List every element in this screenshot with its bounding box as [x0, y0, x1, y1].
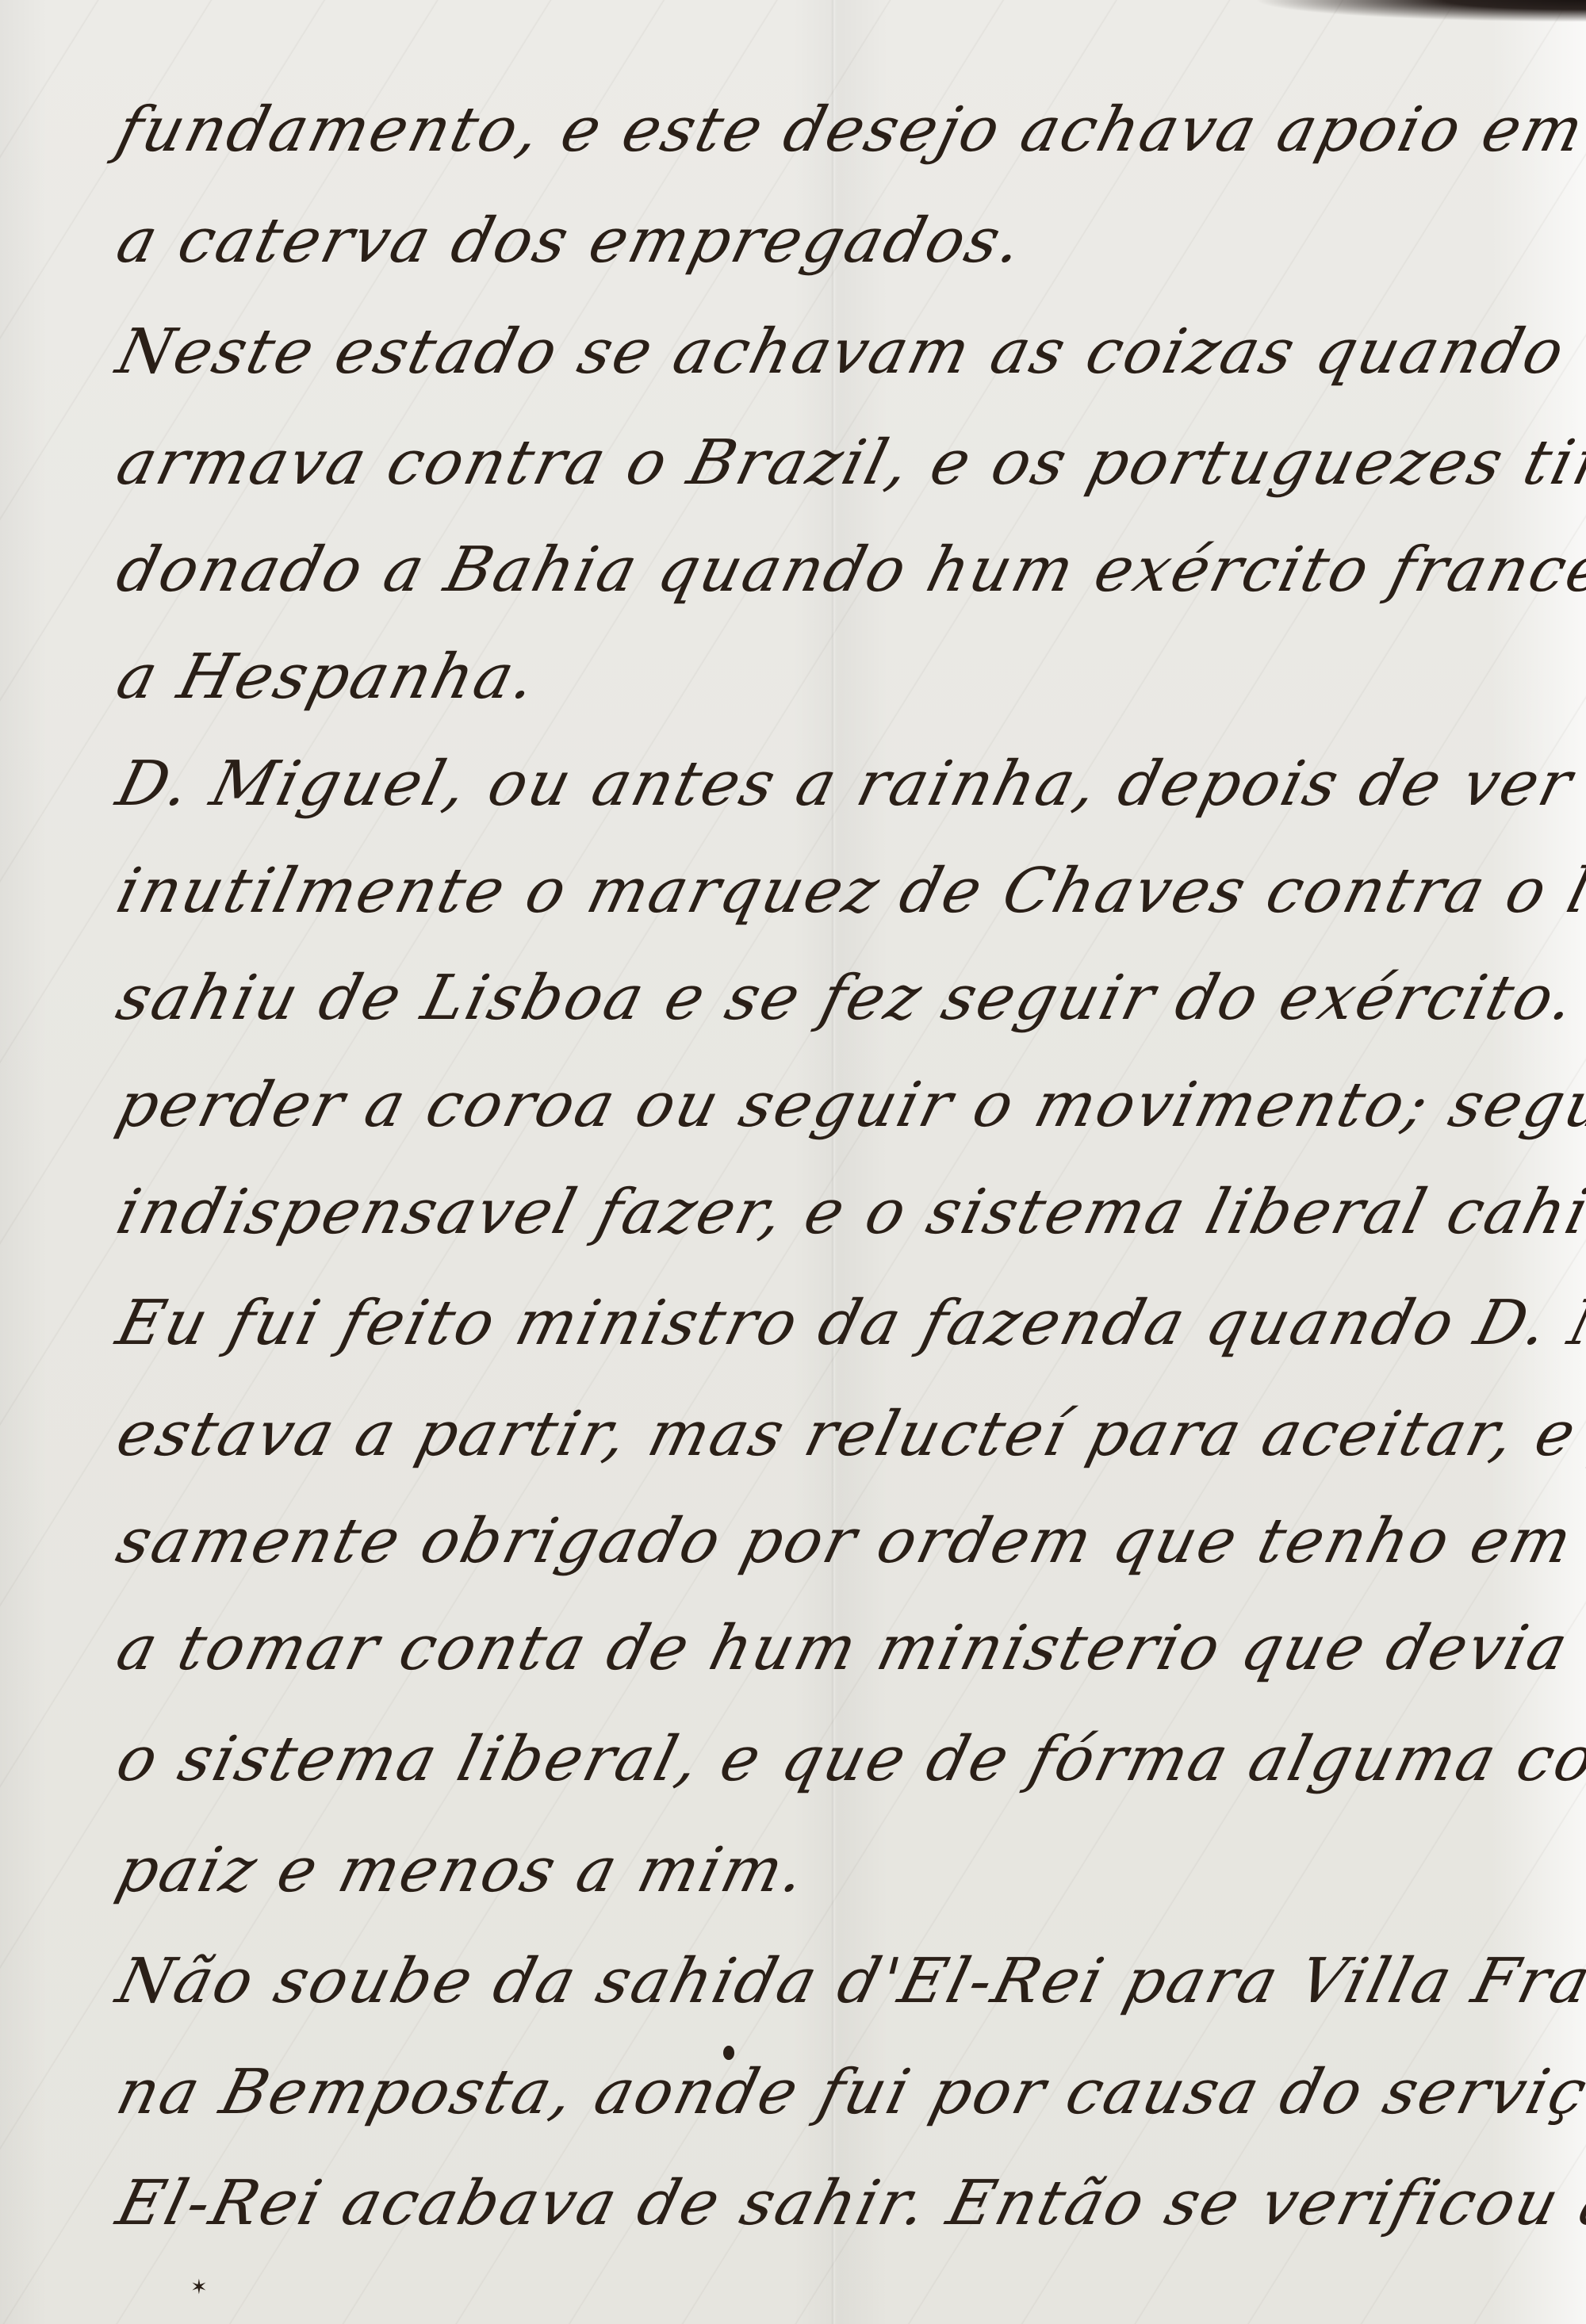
ink-mark: ✶: [190, 2276, 208, 2299]
text-line: Não soube da sahida d'El-Rei para Villa …: [111, 1951, 1586, 2012]
text-line: sahiu de Lisboa e se fez seguir do exérc…: [111, 967, 1586, 1029]
text-line: a Hespanha.: [111, 646, 544, 708]
text-line: samente obrigado por ordem que tenho em …: [111, 1510, 1586, 1572]
text-line: inutilmente o marquez de Chaves contra o…: [111, 860, 1586, 922]
text-line: El-Rei acabava de sahir. Então se verifi…: [111, 2173, 1586, 2234]
text-line: Neste estado se achavam as coizas quando…: [111, 321, 1586, 383]
text-line: a caterva dos empregados.: [111, 210, 1030, 272]
text-line: o sistema liberal, e que de fórma alguma…: [111, 1729, 1586, 1790]
text-line: na Bemposta, aonde fui por causa do serv…: [111, 2062, 1586, 2123]
text-line: perder a coroa ou seguir o movimento; se…: [111, 1074, 1586, 1136]
text-line: donado a Bahia quando hum exército franc…: [111, 539, 1586, 601]
text-line: armava contra o Brazil, e os portuguezes…: [111, 432, 1586, 494]
text-line: indispensavel fazer, e o sistema liberal…: [111, 1181, 1586, 1243]
manuscript-page: fundamento, e este desejo achava apoio e…: [0, 0, 1586, 2324]
text-line: D. Miguel, ou antes a rainha, depois de …: [111, 753, 1586, 815]
text-line: fundamento, e este desejo achava apoio e…: [111, 99, 1586, 161]
text-line: paiz e menos a mim.: [111, 1840, 814, 1901]
text-line: Eu fui feito ministro da fazenda quando …: [111, 1292, 1586, 1354]
page-corner-shadow: [1253, 0, 1586, 22]
text-line: a tomar conta de hum ministerio que devi…: [111, 1618, 1586, 1679]
ink-blot: [723, 2046, 734, 2060]
text-line: estava a partir, mas relucteí para aceit…: [111, 1403, 1586, 1465]
